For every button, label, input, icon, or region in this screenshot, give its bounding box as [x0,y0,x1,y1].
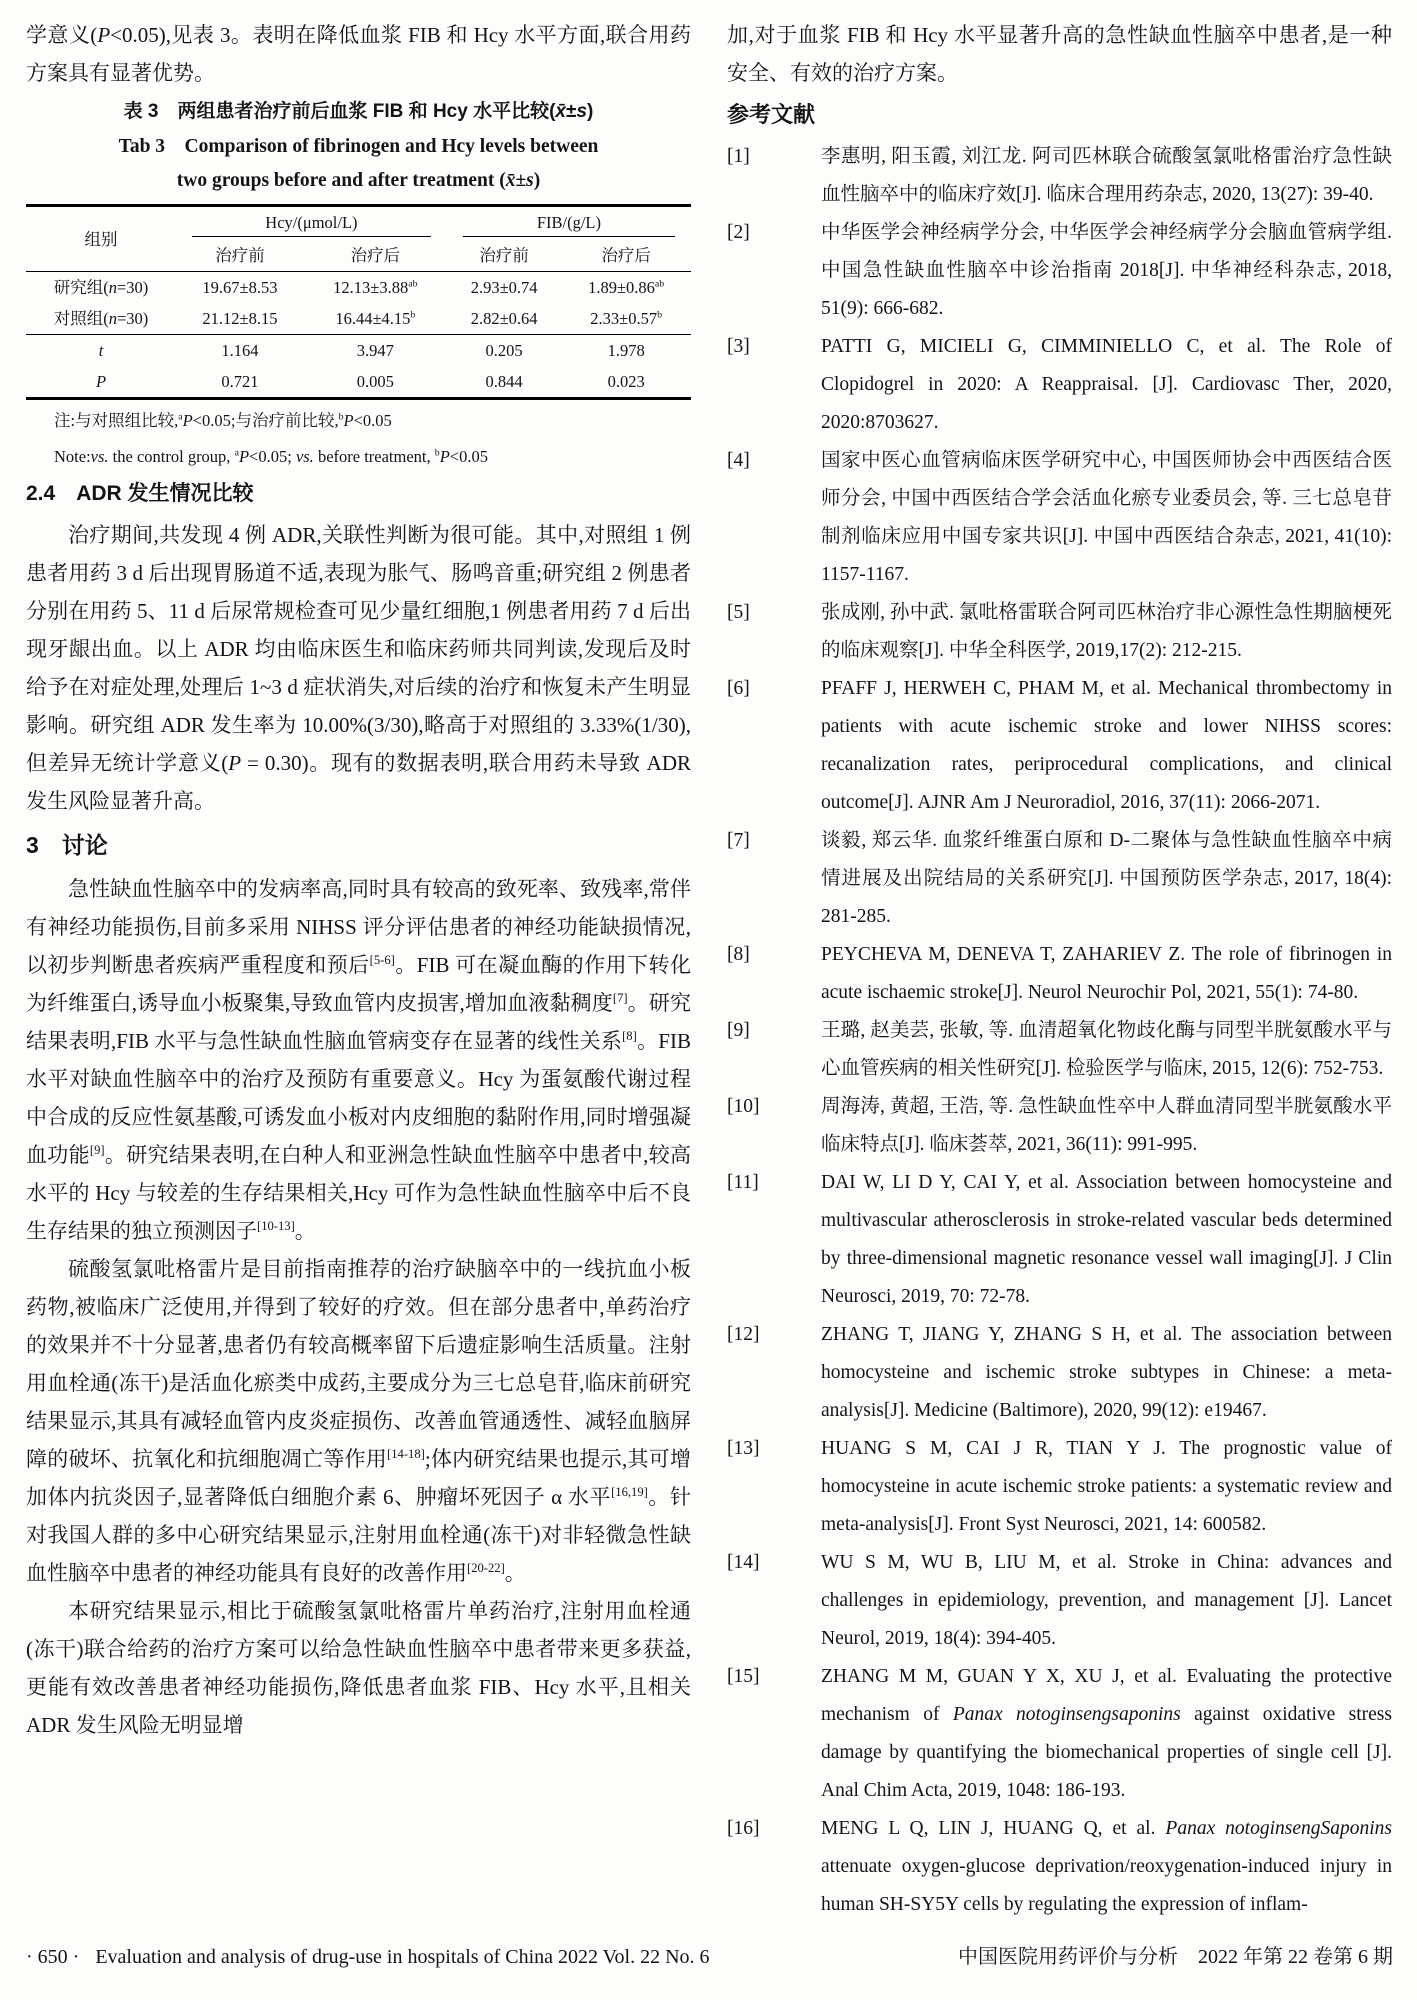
reference-text: 周海涛, 黄超, 王浩, 等. 急性缺血性卒中人群血清同型半胱氨酸水平临床特点[… [821,1088,1392,1164]
reference-item: [13] HUANG S M, CAI J R, TIAN Y J. The p… [727,1430,1392,1544]
reference-text: 谈毅, 郑云华. 血浆纤维蛋白原和 D-二聚体与急性缺血性脑卒中病情进展及出院结… [821,822,1392,936]
section-heading-2-4: 2.4 ADR 发生情况比较 [26,472,691,516]
table-header-row-1: 组别 Hcy/(μmol/L) FIB/(g/L) [26,206,691,241]
reference-text: 张成刚, 孙中武. 氯吡格雷联合阿司匹林治疗非心源性急性期脑梗死的临床观察[J]… [821,594,1392,670]
reference-text: 李惠明, 阳玉霞, 刘江龙. 阿司匹林联合硫酸氢氯吡格雷治疗急性缺血性脑卒中的临… [821,138,1392,214]
reference-text: 国家中医心血管病临床医学研究中心, 中国医师协会中西医结合医师分会, 中国中西医… [821,442,1392,594]
table-row-label: t [26,335,176,367]
table-header-fib: FIB/(g/L) [447,206,691,241]
table-header-hcy: Hcy/(μmol/L) [176,206,447,241]
footer-left: · 650 · Evaluation and analysis of drug-… [26,1942,710,1972]
reference-number: [9] [727,1012,821,1088]
table-row: P 0.721 0.005 0.844 0.023 [26,366,691,399]
reference-item: [11] DAI W, LI D Y, CAI Y, et al. Associ… [727,1164,1392,1316]
reference-number: [16] [727,1810,821,1924]
reference-number: [14] [727,1544,821,1658]
reference-number: [10] [727,1088,821,1164]
reference-text: DAI W, LI D Y, CAI Y, et al. Association… [821,1164,1392,1316]
table-row-label: P [26,366,176,399]
table-row-label: 对照组(n=30) [26,303,176,335]
reference-item: [1] 李惠明, 阳玉霞, 刘江龙. 阿司匹林联合硫酸氢氯吡格雷治疗急性缺血性脑… [727,138,1392,214]
table-row: 对照组(n=30) 21.12±8.15 16.44±4.15b 2.82±0.… [26,303,691,335]
reference-text: PATTI G, MICIELI G, CIMMINIELLO C, et al… [821,328,1392,442]
table-subheader-after: 治疗后 [304,240,447,272]
reference-number: [1] [727,138,821,214]
reference-item: [10] 周海涛, 黄超, 王浩, 等. 急性缺血性卒中人群血清同型半胱氨酸水平… [727,1088,1392,1164]
table-cell: 3.947 [304,335,447,367]
table-cell: 0.005 [304,366,447,399]
table-row-label: 研究组(n=30) [26,272,176,304]
table-cell: 1.89±0.86ab [561,272,691,304]
reference-text: PFAFF J, HERWEH C, PHAM M, et al. Mechan… [821,670,1392,822]
table-header-group: 组别 [26,206,176,272]
reference-number: [7] [727,822,821,936]
table-cell: 19.67±8.53 [176,272,304,304]
page-number: · 650 · [26,1942,79,1972]
table-row: 研究组(n=30) 19.67±8.53 12.13±3.88ab 2.93±0… [26,272,691,304]
references-heading: 参考文献 [727,92,1392,138]
reference-text: 中华医学会神经病学分会, 中华医学会神经病学分会脑血管病学组. 中国急性缺血性脑… [821,214,1392,328]
reference-item: [8] PEYCHEVA M, DENEVA T, ZAHARIEV Z. Th… [727,936,1392,1012]
table-cell: 2.82±0.64 [447,303,562,335]
table-cell: 1.164 [176,335,304,367]
left-column: 学意义(P<0.05),见表 3。表明在降低血浆 FIB 和 Hcy 水平方面,… [26,16,691,1924]
reference-item: [7] 谈毅, 郑云华. 血浆纤维蛋白原和 D-二聚体与急性缺血性脑卒中病情进展… [727,822,1392,936]
reference-item: [14] WU S M, WU B, LIU M, et al. Stroke … [727,1544,1392,1658]
reference-item: [16] MENG L Q, LIN J, HUANG Q, et al. Pa… [727,1810,1392,1924]
reference-number: [15] [727,1658,821,1810]
reference-number: [4] [727,442,821,594]
reference-number: [12] [727,1316,821,1430]
page-footer: · 650 · Evaluation and analysis of drug-… [26,1942,1393,1972]
reference-text: PEYCHEVA M, DENEVA T, ZAHARIEV Z. The ro… [821,936,1392,1012]
reference-text: ZHANG T, JIANG Y, ZHANG S H, et al. The … [821,1316,1392,1430]
continuation-paragraph: 加,对于血浆 FIB 和 Hcy 水平显著升高的急性缺血性脑卒中患者,是一种安全… [727,16,1392,92]
table-note-en: Note:vs. the control group, aP<0.05; vs.… [26,441,691,472]
reference-number: [13] [727,1430,821,1544]
section-heading-3: 3 讨论 [26,820,691,870]
footer-journal-zh: 中国医院用药评价与分析 2022 年第 22 卷第 6 期 [958,1942,1393,1972]
reference-text: MENG L Q, LIN J, HUANG Q, et al. Panax n… [821,1810,1392,1924]
section-2-4-paragraph: 治疗期间,共发现 4 例 ADR,关联性判断为很可能。其中,对照组 1 例患者用… [26,516,691,820]
table-cell: 0.205 [447,335,562,367]
reference-item: [2] 中华医学会神经病学分会, 中华医学会神经病学分会脑血管病学组. 中国急性… [727,214,1392,328]
table-cell: 16.44±4.15b [304,303,447,335]
table-note-zh: 注:与对照组比较,aP<0.05;与治疗前比较,bP<0.05 [26,405,691,436]
table-3: 组别 Hcy/(μmol/L) FIB/(g/L) 治疗前 治疗后 治疗前 治疗… [26,204,691,400]
reference-item: [4] 国家中医心血管病临床医学研究中心, 中国医师协会中西医结合医师分会, 中… [727,442,1392,594]
reference-number: [6] [727,670,821,822]
reference-text: 王璐, 赵美芸, 张敏, 等. 血清超氧化物歧化酶与同型半胱氨酸水平与心血管疾病… [821,1012,1392,1088]
reference-number: [3] [727,328,821,442]
journal-page: 学意义(P<0.05),见表 3。表明在降低血浆 FIB 和 Hcy 水平方面,… [0,0,1417,2000]
table-cell: 2.93±0.74 [447,272,562,304]
reference-number: [2] [727,214,821,328]
reference-number: [8] [727,936,821,1012]
reference-text: WU S M, WU B, LIU M, et al. Stroke in Ch… [821,1544,1392,1658]
table-subheader-after: 治疗后 [561,240,691,272]
two-column-layout: 学意义(P<0.05),见表 3。表明在降低血浆 FIB 和 Hcy 水平方面,… [26,16,1393,1924]
table-cell: 1.978 [561,335,691,367]
discussion-paragraph-2: 硫酸氢氯吡格雷片是目前指南推荐的治疗缺脑卒中的一线抗血小板药物,被临床广泛使用,… [26,1250,691,1592]
discussion-paragraph-3: 本研究结果显示,相比于硫酸氢氯吡格雷片单药治疗,注射用血栓通(冻干)联合给药的治… [26,1592,691,1744]
table-cell: 2.33±0.57b [561,303,691,335]
table-caption-zh: 表 3 两组患者治疗前后血浆 FIB 和 Hcy 水平比较(x̄±s) [26,94,691,130]
reference-item: [12] ZHANG T, JIANG Y, ZHANG S H, et al.… [727,1316,1392,1430]
table-row: t 1.164 3.947 0.205 1.978 [26,335,691,367]
reference-text: ZHANG M M, GUAN Y X, XU J, et al. Evalua… [821,1658,1392,1810]
table-cell: 0.721 [176,366,304,399]
table-cell: 0.023 [561,366,691,399]
reference-item: [15] ZHANG M M, GUAN Y X, XU J, et al. E… [727,1658,1392,1810]
table-subheader-before: 治疗前 [447,240,562,272]
table-caption-en-line1: Tab 3 Comparison of fibrinogen and Hcy l… [26,130,691,164]
reference-item: [3] PATTI G, MICIELI G, CIMMINIELLO C, e… [727,328,1392,442]
footer-journal-en: Evaluation and analysis of drug-use in h… [95,1942,709,1972]
table-cell: 0.844 [447,366,562,399]
table-caption-en-line2: two groups before and after treatment (x… [26,164,691,198]
reference-text: HUANG S M, CAI J R, TIAN Y J. The progno… [821,1430,1392,1544]
table-cell: 12.13±3.88ab [304,272,447,304]
table-cell: 21.12±8.15 [176,303,304,335]
reference-item: [6] PFAFF J, HERWEH C, PHAM M, et al. Me… [727,670,1392,822]
reference-item: [5] 张成刚, 孙中武. 氯吡格雷联合阿司匹林治疗非心源性急性期脑梗死的临床观… [727,594,1392,670]
discussion-paragraph-1: 急性缺血性脑卒中的发病率高,同时具有较高的致死率、致残率,常伴有神经功能损伤,目… [26,870,691,1250]
references-list: [1] 李惠明, 阳玉霞, 刘江龙. 阿司匹林联合硫酸氢氯吡格雷治疗急性缺血性脑… [727,138,1392,1924]
right-column: 加,对于血浆 FIB 和 Hcy 水平显著升高的急性缺血性脑卒中患者,是一种安全… [727,16,1392,1924]
reference-number: [5] [727,594,821,670]
reference-number: [11] [727,1164,821,1316]
reference-item: [9] 王璐, 赵美芸, 张敏, 等. 血清超氧化物歧化酶与同型半胱氨酸水平与心… [727,1012,1392,1088]
table-subheader-before: 治疗前 [176,240,304,272]
intro-paragraph: 学意义(P<0.05),见表 3。表明在降低血浆 FIB 和 Hcy 水平方面,… [26,16,691,92]
